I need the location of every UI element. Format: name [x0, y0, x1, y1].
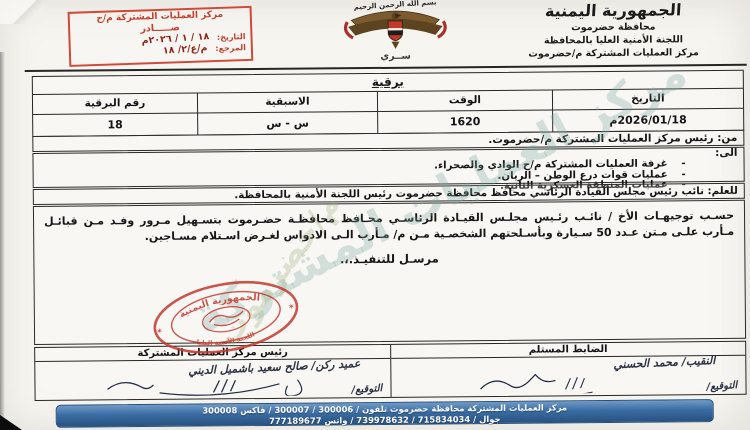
- governorate-title: محافظة حضرموت: [482, 21, 744, 34]
- col-header-number: رقم البرقية: [33, 94, 198, 115]
- receiver-signature-cell: الضابط المستلم النقيب/ محمد الحسني التوق…: [390, 342, 745, 397]
- col-header-date: التاريخ: [553, 89, 743, 111]
- body-box: حسـب توجيهـات الأخ / نائـب رئـيس مجلـس ا…: [33, 200, 746, 345]
- stamp-ref-value: م/ع/٢/ ١٨: [162, 43, 207, 57]
- dispatch-line: مرسـل للتنفيـذ.،.: [44, 249, 734, 269]
- sender-sign-label: التوقيع/: [351, 383, 382, 396]
- stamp-ref-label: المرجع:: [215, 42, 246, 54]
- emblem-block: بسم الله الرحمن الرحيم ســري: [330, 0, 461, 62]
- seal-star-right: ✶: [287, 302, 295, 312]
- receiver-sign-label: التوقيع/: [706, 380, 737, 393]
- value-priority: س - س: [198, 112, 379, 135]
- scan-corner-artifact: [0, 415, 22, 430]
- col-header-priority: الاسبقية: [198, 92, 378, 114]
- telegram-table: برقية التاريخ الوقت الاسبقية رقم البرقية…: [32, 70, 745, 137]
- col-header-time: الوقت: [378, 90, 553, 112]
- signature-table: الضابط المستلم النقيب/ محمد الحسني التوق…: [34, 341, 746, 401]
- classification-label: ســري: [331, 50, 461, 62]
- value-time: 1620: [378, 110, 553, 133]
- scanned-document: مركز العمليات المشتركة م/حضرموت الجمهوري…: [0, 0, 750, 430]
- scan-edge-shadow: [0, 52, 5, 430]
- center-title: مركز العمليات المشتركة م/حضرموت: [483, 47, 745, 60]
- from-line: من: رئيس مركز العمليات المشتركة م/حضرموت…: [488, 132, 737, 146]
- value-number: 18: [33, 114, 198, 136]
- yemen-eagle-emblem-icon: [342, 8, 448, 49]
- to-box: الى: غرفة العمليات المشتركة م/ح الوادي و…: [32, 147, 744, 188]
- seal-star-left: ✶: [156, 326, 164, 336]
- value-date: 2026/01/18م: [553, 109, 743, 132]
- body-paragraph: حسـب توجيهـات الأخ / نائـب رئـيس مجلـس ا…: [44, 208, 734, 246]
- document-content: مركز العمليات المشتركة م/حضرموت الجمهوري…: [0, 0, 750, 430]
- republic-title: الجمهورية اليمنية: [482, 0, 745, 21]
- page-fold-artifact: [0, 0, 44, 24]
- telegram-title: برقية: [372, 75, 404, 89]
- letterhead-titles: الجمهورية اليمنية محافظة حضرموت اللجنة ا…: [482, 0, 744, 60]
- outgoing-stamp-box: مركز العمليات المشتركة م/ح صـــــادر الت…: [68, 6, 254, 67]
- committee-title: اللجنة الأمنية العليا بالمحافظة: [482, 34, 744, 47]
- info-line: للعلم: نائب رئيس مجلس القيادة الرئاسي مح…: [234, 185, 738, 201]
- footer-contact-banner: مركز العمليات المشتركة محافظة حضرموت تلف…: [56, 399, 714, 428]
